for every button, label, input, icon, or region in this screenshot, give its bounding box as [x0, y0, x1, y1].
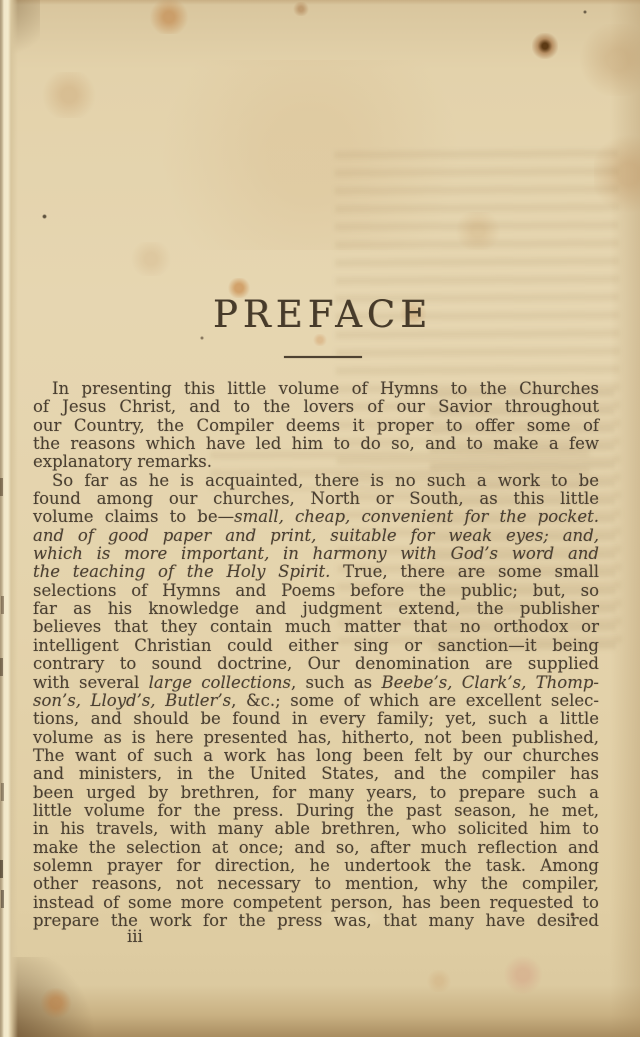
- text-line: prepare the work for the press was, that…: [33, 912, 599, 930]
- text-segment: prepare the work for the press was, that…: [33, 911, 599, 930]
- text-segment: The want of such a work has long been fe…: [33, 746, 599, 765]
- text-line: instead of some more competent person, h…: [33, 894, 599, 912]
- text-segment: and ministers, in the United States, and…: [33, 764, 599, 783]
- text-line: of Jesus Christ, and to the lovers of ou…: [33, 398, 599, 416]
- italic-text-segment: son’s, Lloyd’s, Butler’s: [33, 691, 231, 710]
- text-segment: believes that they contain much matter t…: [33, 617, 599, 636]
- heading-divider: [284, 356, 362, 358]
- text-segment: solemn prayer for direction, he undertoo…: [33, 856, 599, 875]
- text-segment: explanatory remarks.: [33, 452, 212, 471]
- italic-text-segment: large collections: [149, 673, 291, 692]
- text-segment: our Country, the Compiler deems it prope…: [33, 416, 599, 435]
- text-line: with several large collections, such as …: [33, 674, 599, 692]
- text-line: intelligent Christian could either sing …: [33, 637, 599, 655]
- text-segment: selections of Hymns and Poems before the…: [33, 581, 599, 600]
- page-number: iii: [127, 927, 143, 946]
- text-segment: So far as he is acquainted, there is no …: [52, 471, 599, 490]
- text-line: selections of Hymns and Poems before the…: [33, 582, 599, 600]
- text-segment: , such as: [291, 673, 382, 692]
- text-segment: contrary to sound doctrine, Our denomina…: [33, 654, 599, 673]
- text-line: son’s, Lloyd’s, Butler’s, &c.; some of w…: [33, 692, 599, 710]
- text-segment: other reasons, not necessary to mention,…: [33, 874, 599, 893]
- italic-text-segment: and of good paper and print, suitable fo…: [33, 526, 599, 545]
- text-segment: found among our churches, North or South…: [33, 489, 599, 508]
- book-page-scan: PREFACE In presenting this little volume…: [0, 0, 640, 1037]
- text-segment: with several: [33, 673, 149, 692]
- text-segment: , &c.; some of which are excellent selec…: [231, 691, 599, 710]
- text-line: and of good paper and print, suitable fo…: [33, 527, 599, 545]
- text-line: our Country, the Compiler deems it prope…: [33, 417, 599, 435]
- text-line: The want of such a work has long been fe…: [33, 747, 599, 765]
- text-line: and ministers, in the United States, and…: [33, 765, 599, 783]
- text-line: contrary to sound doctrine, Our denomina…: [33, 655, 599, 673]
- text-segment: instead of some more competent person, h…: [33, 893, 599, 912]
- text-line: the teaching of the Holy Spirit. True, t…: [33, 563, 599, 581]
- text-line: been urged by brethren, for many years, …: [33, 784, 599, 802]
- paragraph: So far as he is acquainted, there is no …: [33, 472, 599, 931]
- page-left-edge: [0, 0, 18, 1037]
- italic-text-segment: which is more important, in harmony with…: [33, 544, 599, 563]
- italic-text-segment: small, cheap, convenient for the pocket.: [234, 507, 599, 526]
- text-segment: volume as is here presented has, hithert…: [33, 728, 599, 747]
- text-line: make the selection at once; and so, afte…: [33, 839, 599, 857]
- preface-text: In presenting this little volume of Hymn…: [33, 380, 599, 930]
- page-title: PREFACE: [0, 296, 640, 333]
- text-segment: True, there are some small: [330, 562, 599, 581]
- text-segment: of Jesus Christ, and to the lovers of ou…: [33, 397, 599, 416]
- text-segment: intelligent Christian could either sing …: [33, 636, 599, 655]
- italic-text-segment: the teaching of the Holy Spirit.: [33, 562, 330, 581]
- text-segment: tions, and should be found in every fami…: [33, 709, 599, 728]
- text-segment: little volume for the press. During the …: [33, 801, 599, 820]
- text-line: In presenting this little volume of Hymn…: [33, 380, 599, 398]
- text-line: the reasons which have led him to do so,…: [33, 435, 599, 453]
- text-segment: been urged by brethren, for many years, …: [33, 783, 599, 802]
- text-segment: in his travels, with many able brethren,…: [33, 819, 599, 838]
- text-line: in his travels, with many able brethren,…: [33, 820, 599, 838]
- text-line: volume as is here presented has, hithert…: [33, 729, 599, 747]
- text-line: which is more important, in harmony with…: [33, 545, 599, 563]
- text-segment: the reasons which have led him to do so,…: [33, 434, 599, 453]
- text-segment: far as his knowledge and judgment extend…: [33, 599, 599, 618]
- text-segment: In presenting this little volume of Hymn…: [52, 379, 599, 398]
- text-segment: make the selection at once; and so, afte…: [33, 838, 599, 857]
- text-segment: volume claims to be—: [33, 507, 234, 526]
- text-line: far as his knowledge and judgment extend…: [33, 600, 599, 618]
- text-line: volume claims to be—small, cheap, conven…: [33, 508, 599, 526]
- page-edge-marks: [0, 478, 3, 496]
- text-line: explanatory remarks.: [33, 453, 599, 471]
- text-line: believes that they contain much matter t…: [33, 618, 599, 636]
- text-line: found among our churches, North or South…: [33, 490, 599, 508]
- text-line: other reasons, not necessary to mention,…: [33, 875, 599, 893]
- text-line: solemn prayer for direction, he undertoo…: [33, 857, 599, 875]
- italic-text-segment: Beebe’s, Clark’s, Thomp-: [381, 673, 599, 692]
- text-line: tions, and should be found in every fami…: [33, 710, 599, 728]
- text-line: little volume for the press. During the …: [33, 802, 599, 820]
- paragraph: In presenting this little volume of Hymn…: [33, 380, 599, 472]
- text-line: So far as he is acquainted, there is no …: [33, 472, 599, 490]
